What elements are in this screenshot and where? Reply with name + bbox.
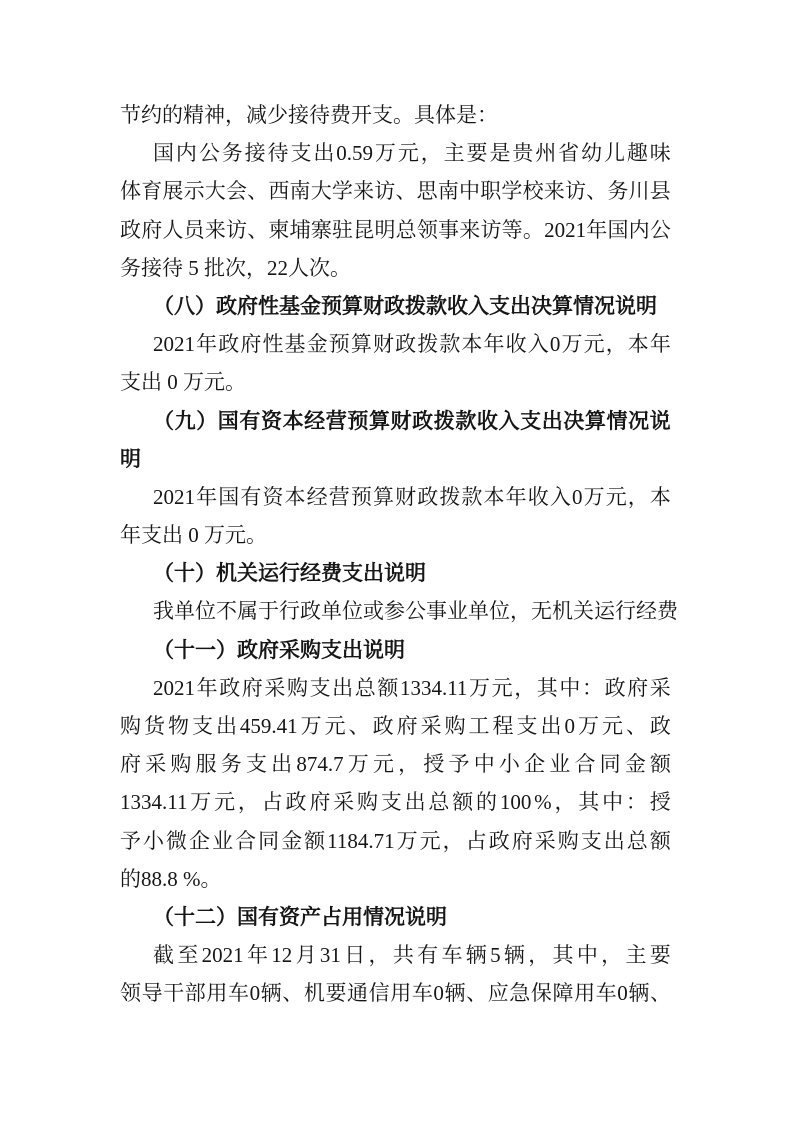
- text-line: 支出 0 万元。: [120, 363, 671, 401]
- text-line: 截至2021年12月31日，共有车辆5辆，其中，主要: [120, 936, 671, 974]
- text-line: 务接待 5 批次，22人次。: [120, 249, 671, 287]
- document-page: 节约的精神，减少接待费开支。具体是：国内公务接待支出0.59万元，主要是贵州省幼…: [0, 0, 793, 1122]
- text-line: 2021年政府性基金预算财政拨款本年收入0万元，本年: [120, 325, 671, 363]
- text-line: 年支出 0 万元。: [120, 516, 671, 554]
- text-line: 我单位不属于行政单位或参公事业单位，无机关运行经费: [120, 592, 671, 630]
- text-line: 2021年政府采购支出总额1334.11万元，其中：政府采: [120, 669, 671, 707]
- text-line: 2021年国有资本经营预算财政拨款本年收入0万元，本: [120, 478, 671, 516]
- section-heading: 明: [120, 440, 671, 478]
- text-line: 体育展示大会、西南大学来访、思南中职学校来访、务川县: [120, 172, 671, 210]
- text-line: 国内公务接待支出0.59万元，主要是贵州省幼儿趣味: [120, 134, 671, 172]
- section-heading: （九）国有资本经营预算财政拨款收入支出决算情况说: [120, 402, 671, 440]
- text-line: 的88.8 %。: [120, 860, 671, 898]
- text-line: 领导干部用车0辆、机要通信用车0辆、应急保障用车0辆、: [120, 974, 671, 1012]
- text-line: 1334.11万元，占政府采购支出总额的100%，其中：授: [120, 783, 671, 821]
- section-heading: （十）机关运行经费支出说明: [120, 554, 671, 592]
- text-line: 予小微企业合同金额1184.71万元，占政府采购支出总额: [120, 822, 671, 860]
- section-heading: （十二）国有资产占用情况说明: [120, 898, 671, 936]
- text-line: 购货物支出459.41万元、政府采购工程支出0万元、政: [120, 707, 671, 745]
- document-body: 节约的精神，减少接待费开支。具体是：国内公务接待支出0.59万元，主要是贵州省幼…: [120, 96, 671, 1013]
- text-line: 政府人员来访、柬埔寨驻昆明总领事来访等。2021年国内公: [120, 211, 671, 249]
- text-line: 节约的精神，减少接待费开支。具体是：: [120, 96, 671, 134]
- text-line: 府采购服务支出874.7万元，授予中小企业合同金额: [120, 745, 671, 783]
- section-heading: （八）政府性基金预算财政拨款收入支出决算情况说明: [120, 287, 671, 325]
- section-heading: （十一）政府采购支出说明: [120, 631, 671, 669]
